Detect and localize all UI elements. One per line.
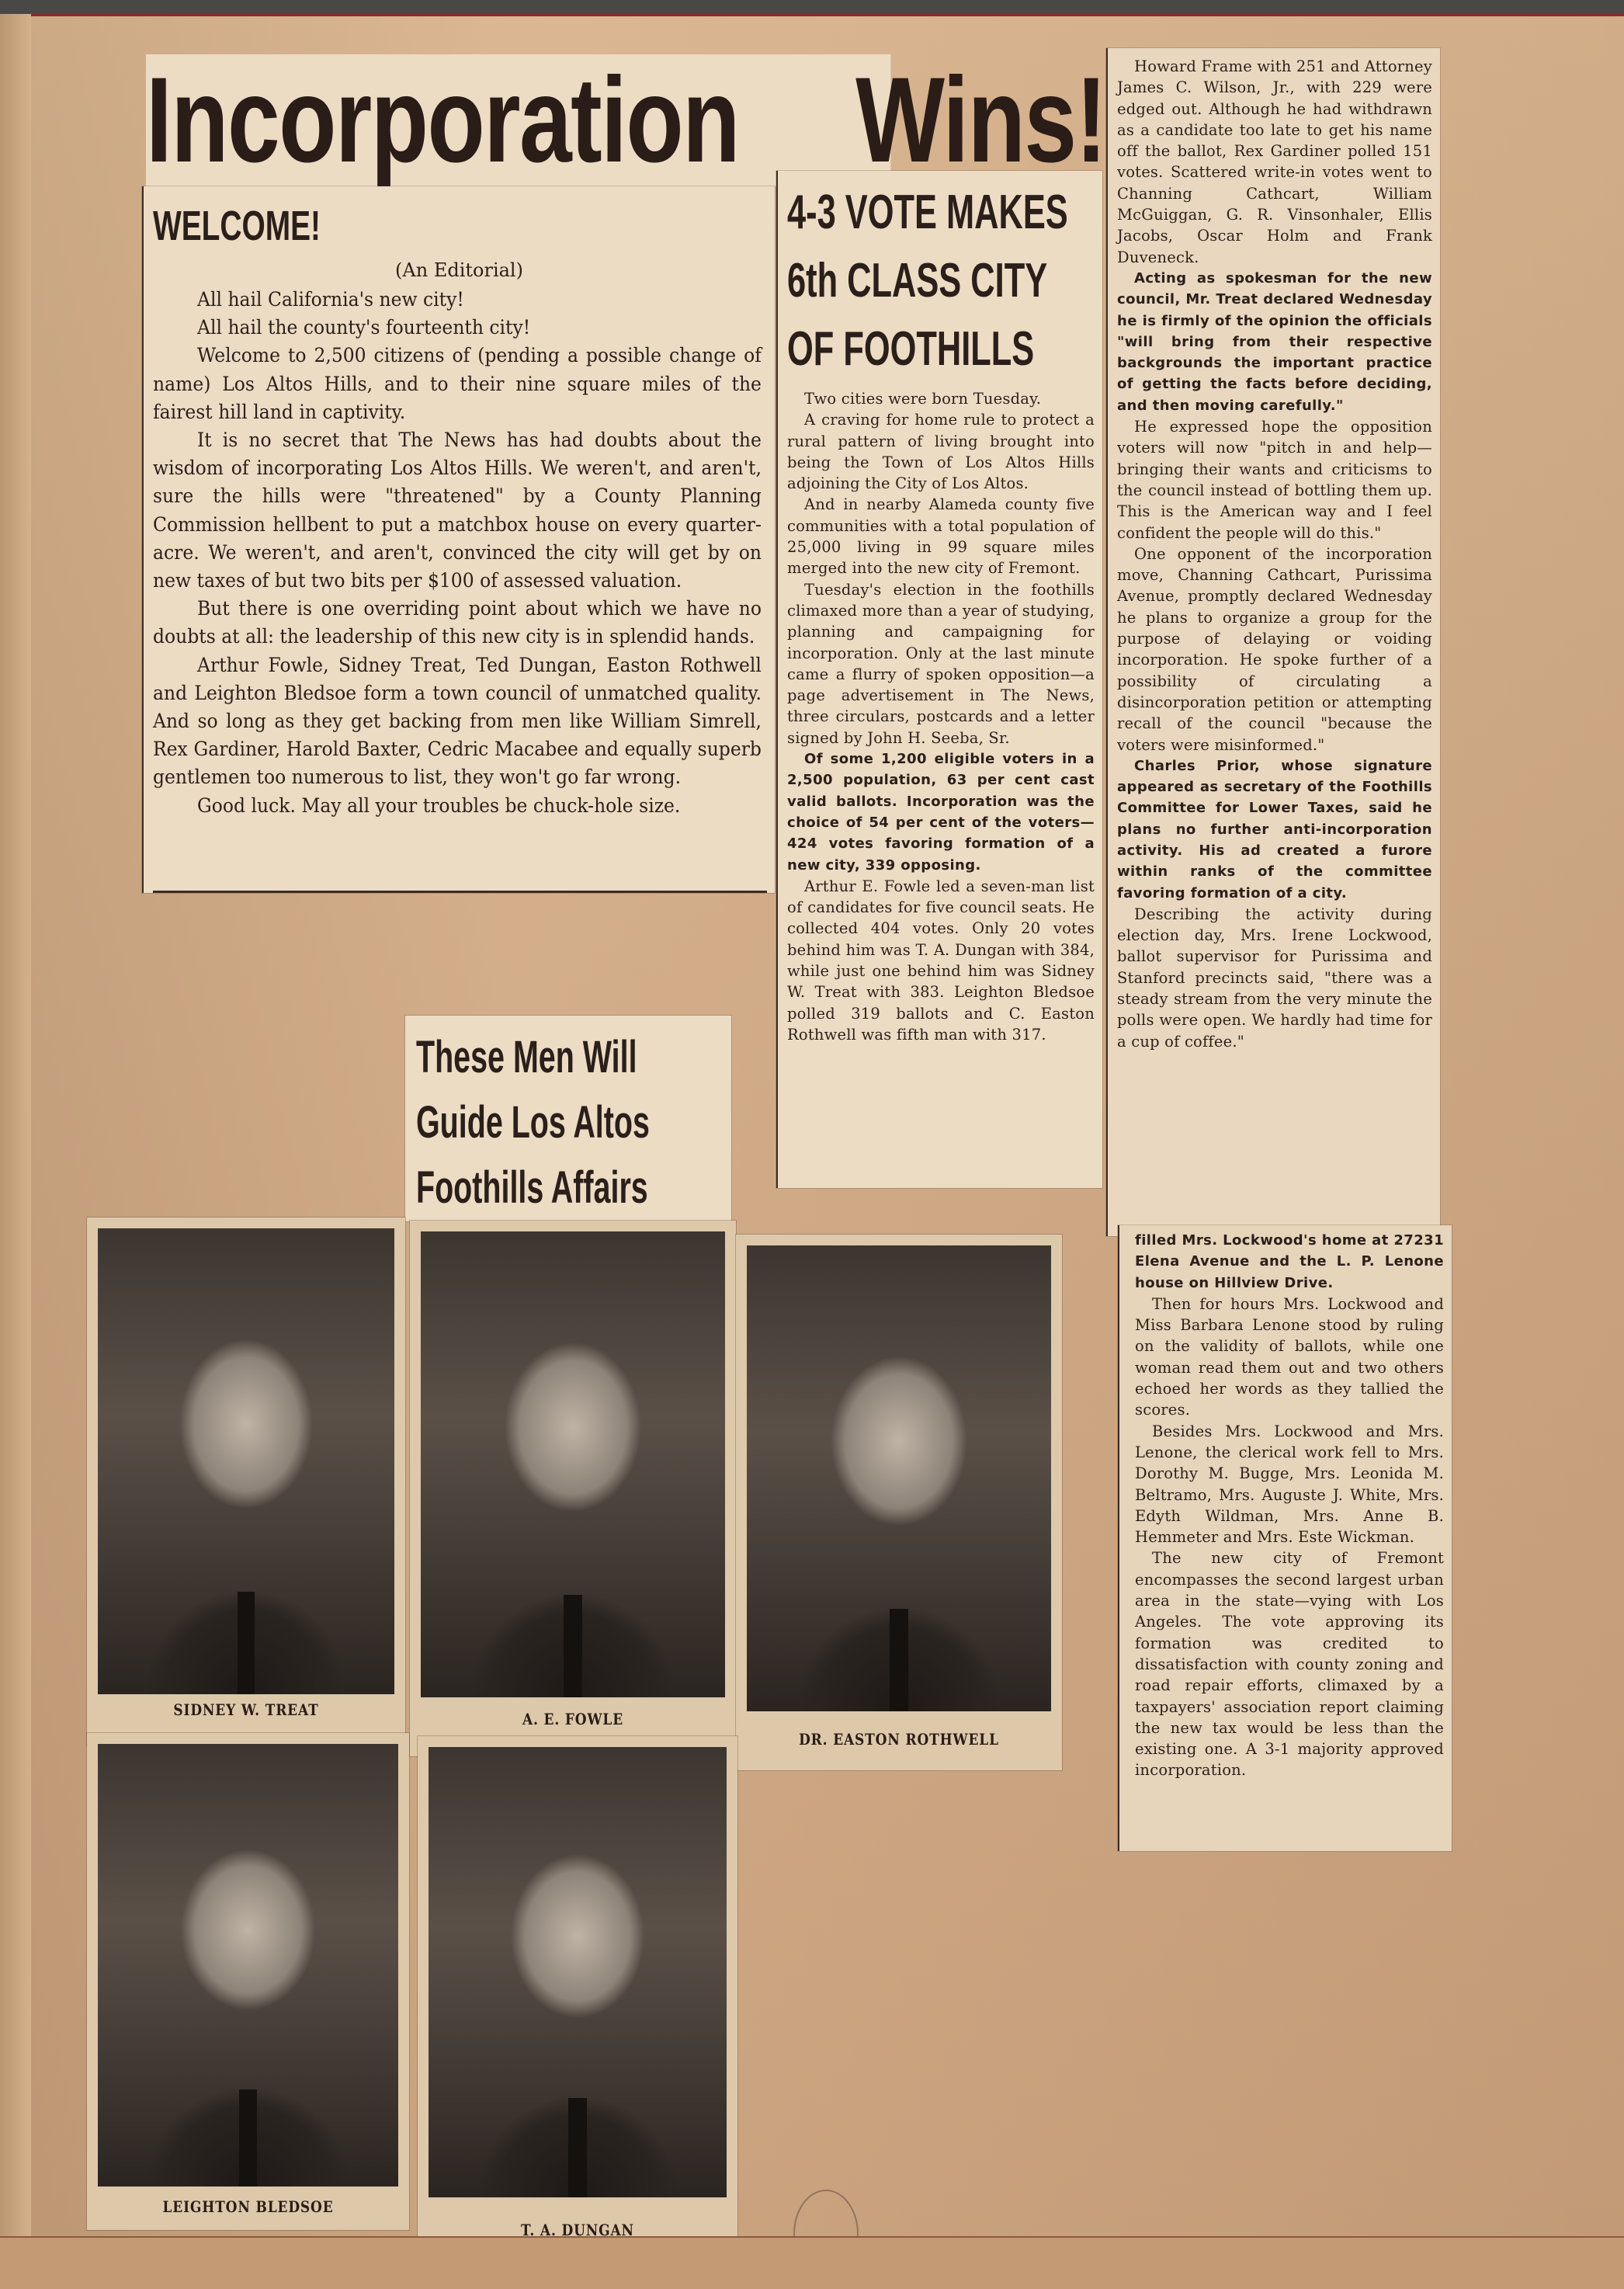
guide-headline: These Men Will Guide Los Altos Foothills… [416,1025,623,1221]
title-line: Foothills Affairs [416,1155,623,1221]
portrait-photo [747,1245,1051,1711]
guide-headline-clipping: These Men Will Guide Los Altos Foothills… [405,1016,731,1221]
portrait-caption: A. E. FOWLE [435,1710,712,1728]
editorial-paragraph: All hail California's new city! [153,286,762,314]
editorial-paragraph: Arthur Fowle, Sidney Treat, Ted Dungan, … [153,651,762,792]
title-line: OF FOOTHILLS [787,315,1002,384]
page-edge [0,14,31,2289]
article-paragraph: Two cities were born Tuesday. [787,388,1095,409]
editorial-paragraph: All hail the county's fourteenth city! [153,314,762,342]
portrait-photo [421,1231,725,1697]
editorial-paragraph: But there is one overriding point about … [153,595,762,651]
vote-article-clipping: 4-3 VOTE MAKES 6th CLASS CITY OF FOOTHIL… [776,171,1102,1188]
article-paragraph: Besides Mrs. Lockwood and Mrs. Lenone, t… [1135,1421,1444,1548]
article-paragraph: Tuesday's election in the foothills clim… [787,579,1095,749]
article-paragraph-bold: filled Mrs. Lockwood's home at 27231 Ele… [1135,1230,1444,1294]
continuation-clipping-2: filled Mrs. Lockwood's home at 27231 Ele… [1118,1225,1452,1851]
portrait-bledsoe: LEIGHTON BLEDSOE [87,1733,409,2230]
title-line: 4-3 VOTE MAKES [787,179,1002,247]
portrait-rothwell: DR. EASTON ROTHWELL [736,1235,1062,1770]
editorial-paragraph: It is no secret that The News has had do… [153,426,762,595]
article-paragraph-bold: Of some 1,200 eligible voters in a 2,500… [787,749,1095,876]
divider [153,891,767,893]
vote-article-title: 4-3 VOTE MAKES 6th CLASS CITY OF FOOTHIL… [787,179,1002,388]
page-fold [0,2236,1624,2289]
portrait-photo [429,1747,727,2197]
portrait-caption: LEIGHTON BLEDSOE [111,2197,385,2216]
continuation-clipping: Howard Frame with 251 and Attorney James… [1106,48,1440,1236]
editorial-title: WELCOME! [153,202,594,250]
editorial-paragraph: Welcome to 2,500 citizens of (pending a … [153,342,762,426]
article-paragraph: Then for hours Mrs. Lockwood and Miss Ba… [1135,1294,1444,1421]
portrait-dungan: T. A. DUNGAN [418,1736,737,2252]
portrait-treat: SIDNEY W. TREAT [87,1217,405,1745]
article-paragraph-bold: Charles Prior, whose signature appeared … [1117,755,1432,904]
portrait-fowle: A. E. FOWLE [410,1221,736,1756]
editorial-subtitle: (An Editorial) [153,259,765,281]
portrait-photo [98,1744,398,2187]
portrait-caption: SIDNEY W. TREAT [111,1700,382,1719]
main-headline: Incorporation Wins! [146,54,890,186]
portrait-photo [98,1228,394,1694]
title-line: 6th CLASS CITY [787,247,1002,315]
portrait-caption: DR. EASTON ROTHWELL [761,1730,1038,1749]
article-paragraph: Howard Frame with 251 and Attorney James… [1117,56,1432,268]
title-line: These Men Will [416,1025,623,1090]
article-paragraph-bold: Acting as spokesman for the new council,… [1117,268,1432,416]
article-paragraph: He expressed hope the opposition voters … [1117,416,1432,544]
article-paragraph: One opponent of the incorporation move, … [1117,544,1432,755]
editorial-clipping: WELCOME! (An Editorial) All hail Califor… [142,186,775,893]
title-line: Guide Los Altos [416,1090,623,1155]
article-paragraph: A craving for home rule to protect a rur… [787,409,1095,494]
headline-word-2: Wins! [855,54,1105,186]
article-paragraph: And in nearby Alameda county five commun… [787,494,1095,578]
article-paragraph: Arthur E. Fowle led a seven-man list of … [787,876,1095,1045]
headline-word-1: Incorporation [146,54,739,186]
editorial-paragraph: Good luck. May all your troubles be chuc… [153,792,762,820]
article-paragraph: The new city of Fremont encompasses the … [1135,1547,1444,1780]
article-paragraph: Describing the activity during election … [1117,904,1432,1052]
